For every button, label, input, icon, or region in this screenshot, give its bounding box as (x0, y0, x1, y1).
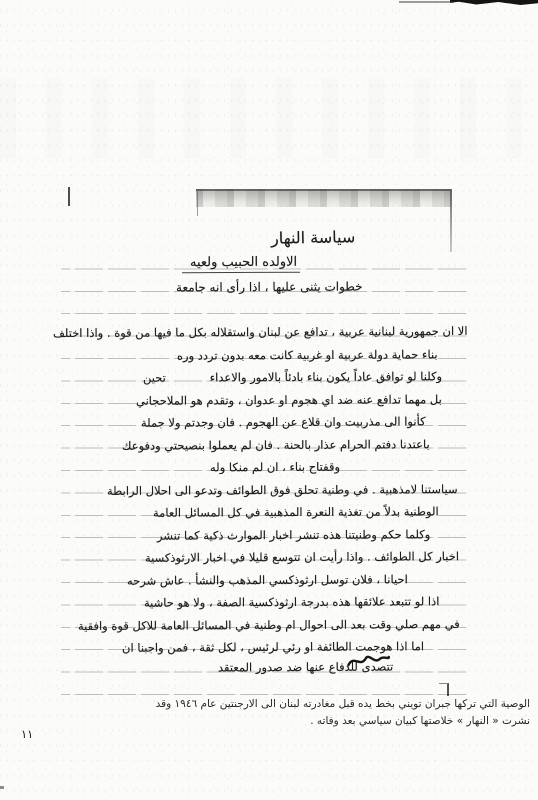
page-edge-line-left (197, 191, 198, 216)
handwritten-line: بل مهما تدافع عنه ضد اي هجوم او عدوان ، … (136, 392, 442, 409)
handwritten-line: الوطنية بدلاً من تغذية النعرة المذهبية ف… (153, 504, 439, 520)
handwritten-line: وكلنا لو توافق عاداً يكون بناء بادئاً با… (143, 369, 442, 386)
page-number: ١١ (21, 727, 33, 741)
handwritten-line: وقفتاح بناء ، ان لم منكا وله (210, 460, 340, 476)
footnote-line: الوصية التي تركها جبران تويني بخط يده قب… (168, 696, 530, 713)
scan-artifact-streak-faint (399, 1, 454, 3)
handwritten-line: الا ان جمهورية لبنانية عربية ، تدافع عن … (53, 324, 468, 341)
page-edge-shadow (196, 189, 452, 207)
scan-artifact-bracket (439, 683, 449, 696)
handwritten-line: سياستنا لامذهبية . في وطنية تحلق فوق الط… (107, 482, 458, 499)
margin-tick (68, 187, 70, 206)
footnote: الوصية التي تركها جبران تويني بخط يده قب… (168, 696, 530, 729)
handwritten-line: اخبار كل الطوائف . واذا رأيت ان تتوسع قل… (145, 549, 459, 566)
subtitle-line: خطوات يثنى عليها ، اذا رأى انه جامعة (176, 280, 363, 296)
handwritten-line: اذا لو تتبعد علائقها هذه بدرجة ارثوذكسية… (144, 594, 439, 611)
document-title: سياسة النهار (271, 229, 356, 245)
scan-artifact-dot (0, 786, 4, 789)
footnote-line: نشرت « النهار » خلاصتها كبيان سياسي بعد … (168, 713, 530, 730)
scanned-page: سياسة النهار الاولده الحبيب ولعيه خطوات … (0, 0, 538, 800)
scan-artifact-streak (450, 0, 538, 5)
handwritten-line: بناء حماية دولة عربية او غربية كانت معه … (177, 347, 438, 363)
handwritten-line: وكلما حكم وطنيتنا هذه تنشر اخبار الموارث… (157, 527, 430, 543)
handwritten-line: احيانا ، فلان توسل ارثوذكسي المذهب والنش… (127, 572, 408, 588)
handwritten-line: في مهم صلي وقت بعد الى احوال ام وطنية في… (78, 617, 460, 634)
handwritten-line: باعتدنا دفتم الحرام عذار بالحنة . فان لم… (122, 437, 430, 454)
page-edge-line-right (450, 191, 452, 252)
handwritten-line: كأنوا الى مذربيت وان قلاع عن الهجوم . فا… (141, 414, 426, 430)
dedication-line: الاولده الحبيب ولعيه (182, 255, 300, 274)
scan-noise-band (0, 78, 538, 158)
